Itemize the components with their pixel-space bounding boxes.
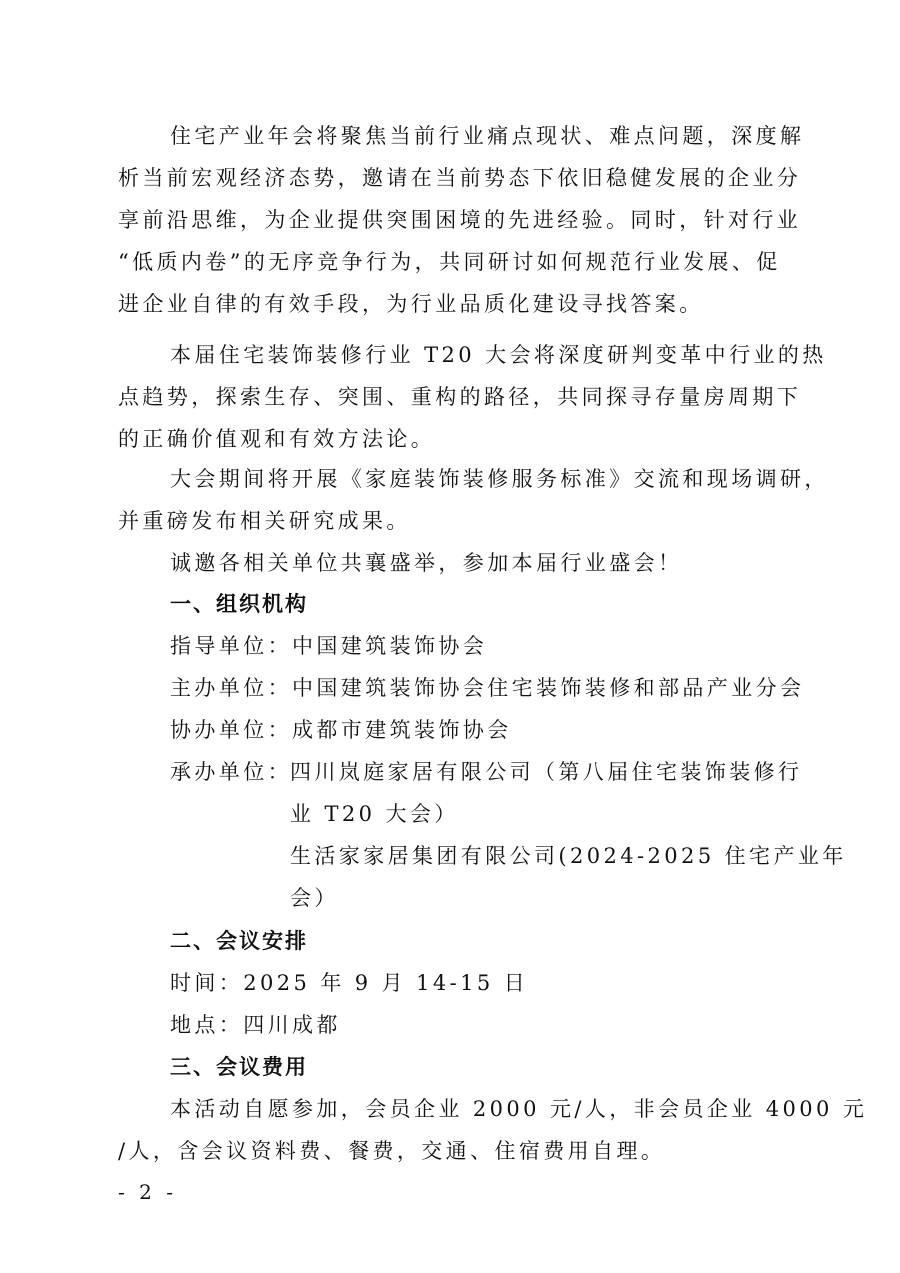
- section-heading-organization: 一、组织机构: [170, 589, 308, 619]
- paragraph-3-line-2: 并重磅发布相关研究成果。: [118, 506, 411, 536]
- organizer-2-line-2: 会）: [290, 883, 339, 913]
- paragraph-1-line-1: 住宅产业年会将聚焦当前行业痛点现状、难点问题，深度解: [170, 121, 804, 151]
- guide-unit: 指导单位：中国建筑装饰协会: [170, 631, 487, 661]
- paragraph-1-line-5: 进企业自律的有效手段，为行业品质化建设寻找答案。: [118, 289, 704, 319]
- meeting-time: 时间：2025 年 9 月 14-15 日: [170, 968, 528, 998]
- document-page: 住宅产业年会将聚焦当前行业痛点现状、难点问题，深度解 析当前宏观经济态势，邀请在…: [0, 0, 900, 1273]
- paragraph-3-line-1: 大会期间将开展《家庭装饰装修服务标准》交流和现场调研，: [170, 464, 829, 494]
- fees-line-1: 本活动自愿参加，会员企业 2000 元/人，非会员企业 4000 元: [170, 1094, 867, 1124]
- organizer-1-line-2: 业 T20 大会）: [290, 799, 459, 829]
- paragraph-2-line-3: 的正确价值观和有效方法论。: [118, 424, 435, 454]
- paragraph-4-line-1: 诚邀各相关单位共襄盛举，参加本届行业盛会！: [170, 548, 682, 578]
- section-heading-fees: 三、会议费用: [170, 1052, 308, 1082]
- paragraph-1-line-3: 享前沿思维，为企业提供突围困境的先进经验。同时，针对行业: [118, 205, 801, 235]
- section-heading-schedule: 二、会议安排: [170, 926, 308, 956]
- paragraph-1-line-2: 析当前宏观经济态势，邀请在当前势态下依旧稳健发展的企业分: [118, 163, 801, 193]
- paragraph-2-line-2: 点趋势，探索生存、突围、重构的路径，共同探寻存量房周期下: [118, 382, 801, 412]
- organizer-1-line-1: 四川岚庭家居有限公司（第八届住宅装饰装修行: [290, 757, 802, 787]
- organizer-2-line-1: 生活家家居集团有限公司(2024-2025 住宅产业年: [290, 841, 847, 871]
- paragraph-1-line-4: “低质内卷”的无序竞争行为，共同研讨如何规范行业发展、促: [118, 247, 781, 277]
- meeting-location: 地点：四川成都: [170, 1010, 341, 1040]
- fees-line-2: /人，含会议资料费、餐费，交通、住宿费用自理。: [118, 1136, 665, 1166]
- co-host-unit: 协办单位：成都市建筑装饰协会: [170, 715, 512, 745]
- host-unit: 主办单位：中国建筑装饰协会住宅装饰装修和部品产业分会: [170, 673, 804, 703]
- page-number: - 2 -: [118, 1178, 177, 1206]
- paragraph-2-line-1: 本届住宅装饰装修行业 T20 大会将深度研判变革中行业的热: [170, 340, 827, 370]
- organizer-label: 承办单位：: [170, 757, 292, 787]
